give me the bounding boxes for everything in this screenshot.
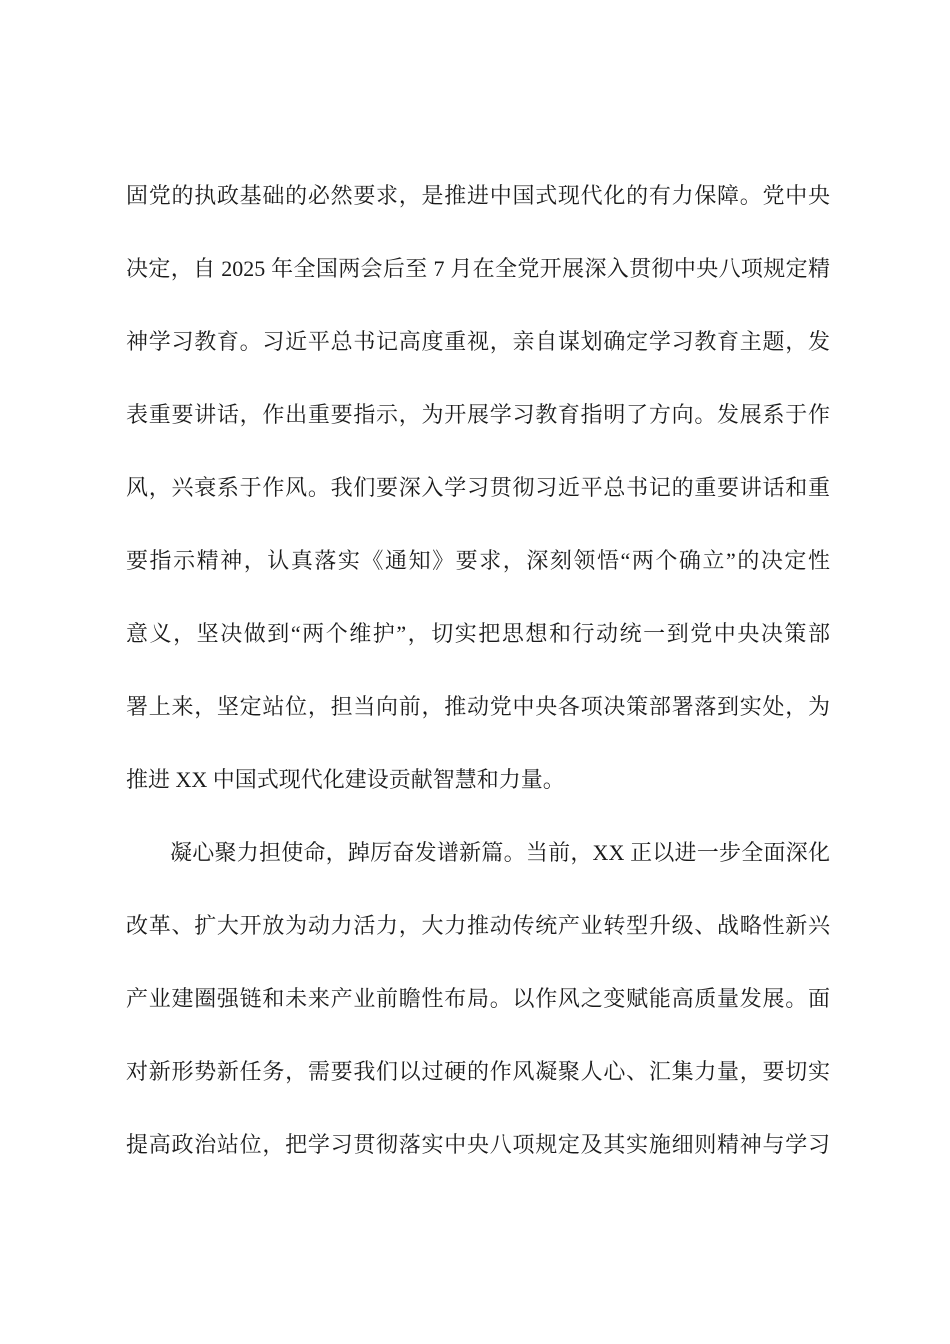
text-line: 决定，自 2025 年全国两会后至 7 月在全党开展深入贯彻中央八项规定精 [126,232,830,305]
text-line: 固党的执政基础的必然要求，是推进中国式现代化的有力保障。党中央 [126,159,830,232]
text-block: 固党的执政基础的必然要求，是推进中国式现代化的有力保障。党中央决定，自 2025… [126,159,830,1181]
text-line: 改革、扩大开放为动力活力，大力推动传统产业转型升级、战略性新兴 [126,889,830,962]
document-page: 固党的执政基础的必然要求，是推进中国式现代化的有力保障。党中央决定，自 2025… [0,0,950,1344]
text-line: 神学习教育。习近平总书记高度重视，亲自谋划确定学习教育主题，发 [126,305,830,378]
text-line: 对新形势新任务，需要我们以过硬的作风凝聚人心、汇集力量，要切实 [126,1035,830,1108]
text-line: 意义，坚决做到“两个维护”，切实把思想和行动统一到党中央决策部 [126,597,830,670]
text-line: 产业建圈强链和未来产业前瞻性布局。以作风之变赋能高质量发展。面 [126,962,830,1035]
text-line: 凝心聚力担使命，踔厉奋发谱新篇。当前，XX 正以进一步全面深化 [126,816,830,889]
text-line: 要指示精神，认真落实《通知》要求，深刻领悟“两个确立”的决定性 [126,524,830,597]
text-line: 表重要讲话，作出重要指示，为开展学习教育指明了方向。发展系于作 [126,378,830,451]
text-line: 提高政治站位，把学习贯彻落实中央八项规定及其实施细则精神与学习 [126,1108,830,1181]
text-line: 推进 XX 中国式现代化建设贡献智慧和力量。 [126,743,830,816]
text-line: 风，兴衰系于作风。我们要深入学习贯彻习近平总书记的重要讲话和重 [126,451,830,524]
text-line: 署上来，坚定站位，担当向前，推动党中央各项决策部署落到实处，为 [126,670,830,743]
